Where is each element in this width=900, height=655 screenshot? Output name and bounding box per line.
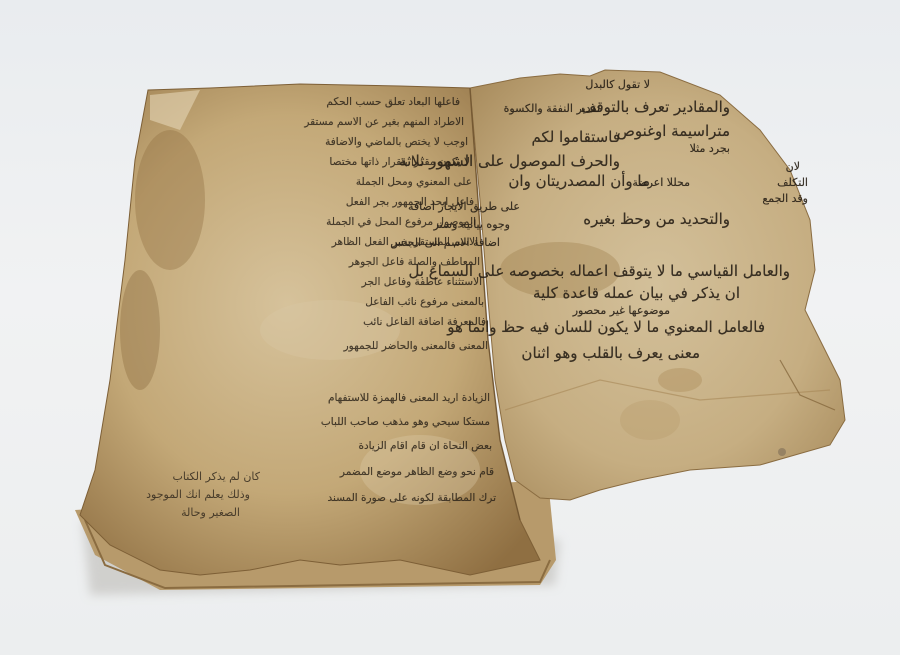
margin-note: كان لم يذكر الكتاب bbox=[173, 470, 260, 483]
side-note: لان bbox=[786, 160, 800, 173]
text-line: بالمعنى مرفوع نائب الفاعل bbox=[365, 296, 484, 308]
text-line: تقدير النفقة والكسوة bbox=[504, 102, 600, 115]
text-line: متراسيمة اوغنوص bbox=[617, 122, 730, 140]
text-line: اوجب لا يختص بالماضي والاضافة bbox=[325, 136, 468, 148]
text-line: ترك المطابقة لكونه على صورة المسند bbox=[327, 492, 496, 504]
text-line: وجوه بيانية وستر bbox=[434, 218, 510, 231]
text-line: على المعنوي ومحل الجملة bbox=[356, 176, 472, 188]
text-line: موضوعها غير محصور bbox=[573, 304, 670, 317]
text-line: فالعامل المعنوي ما لا يكون للسان فيه حظ … bbox=[447, 318, 765, 336]
text-line: والعامل القياسي ما لا يتوقف اعماله بخصوص… bbox=[408, 262, 790, 280]
text-line: فاستقاموا لكم bbox=[531, 128, 620, 146]
text-line: والمقادير تعرف بالتوقف bbox=[581, 98, 730, 116]
text-line: الزيادة اريد المعنى فالهمزة للاستفهام bbox=[328, 392, 490, 404]
manuscript-photo: فاعلها البعاد تعلق حسب الحكم الاطراد الم… bbox=[0, 0, 900, 655]
margin-note: الصغير وحالة bbox=[181, 506, 240, 519]
text-line: بجرد مثلا bbox=[690, 142, 730, 155]
text-line: ان يذكر في بيان عمله قاعدة كلية bbox=[533, 284, 740, 302]
side-note: التكلف bbox=[777, 176, 808, 189]
text-line: اضافة الاسم الى الجنس bbox=[390, 236, 500, 249]
text-line: لا تقول كالبدل bbox=[585, 78, 650, 91]
text-line: الاطراد المنهم بغير عن الاسم مستقر bbox=[304, 116, 464, 128]
text-line: ما وأن المصدريتان وان bbox=[508, 172, 650, 190]
text-line: محللا اعرضة bbox=[632, 176, 690, 189]
text-line: والتحديد من وحظ بغيره bbox=[583, 210, 730, 228]
text-line: المعنى فالمعنى والحاضر للجمهور bbox=[344, 340, 488, 352]
text-line: على طريق الايجاز اضافة bbox=[408, 200, 520, 213]
side-note: وقد الجمع bbox=[762, 192, 808, 205]
text-line: فاعلها البعاد تعلق حسب الحكم bbox=[326, 96, 460, 108]
text-line: بعض النحاة ان قام اقام الزيادة bbox=[359, 440, 493, 452]
text-line: والحرف الموصول على الشهور ثلاثة bbox=[399, 152, 620, 170]
margin-note: وذلك يعلم انك الموجود bbox=[146, 488, 250, 501]
text-line: مستكا سيحي وهو مذهب صاحب اللباب bbox=[321, 416, 490, 428]
text-line: قام نحو وضع الظاهر موضع المضمر bbox=[340, 466, 494, 478]
text-line: معنى يعرف بالقلب وهو اثنان bbox=[521, 344, 700, 362]
